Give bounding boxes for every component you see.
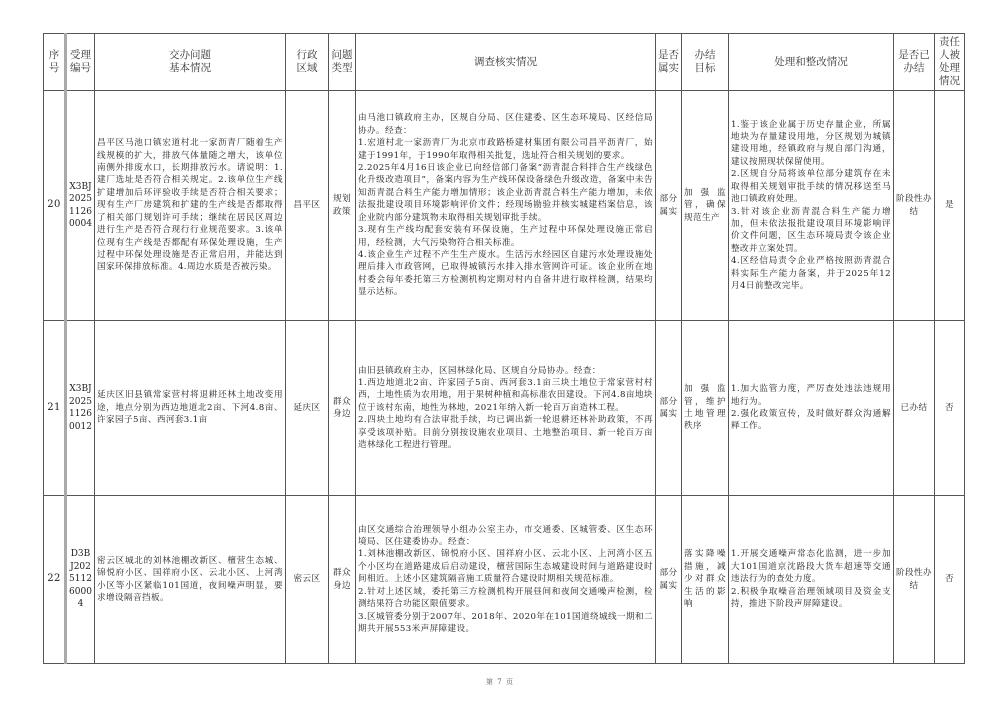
table-header-row: 序 号 受理 编号 交办问题 基本情况 行政 区域 问题 类型 调查核实情况 是… (44, 34, 965, 91)
cell-case-no: X3BJ202511260012 (66, 321, 95, 496)
cell-case-no: X3BJ202511260004 (66, 91, 95, 321)
cell-verified: 部分属实 (656, 91, 682, 321)
cell-case-no: D3BJ202511260004 (66, 496, 95, 664)
header-verified: 是否 属实 (656, 34, 682, 91)
cell-handling: 1.加大监管力度，严厉查处违法违规用地行为。 2.强化政策宣传，及时做好群众沟通… (729, 321, 894, 496)
page-number: 第 7 页 (0, 677, 1000, 687)
header-seq: 序 号 (44, 34, 66, 91)
header-type: 问题 类型 (329, 34, 356, 91)
cell-goal: 加强监管，维护土地管理秩序 (682, 321, 729, 496)
cell-type: 群众身边 (329, 321, 356, 496)
header-closed: 是否已 办结 (894, 34, 935, 91)
cell-type: 规划政策 (329, 91, 356, 321)
cell-investigation: 由马池口镇政府主办，区规自分局、区住建委、区生态环境局、区经信局协办。经查： 1… (356, 91, 656, 321)
cell-investigation: 由区交通综合治理领导小组办公室主办，市交通委、区城管委、区生态环境局、区住建委协… (356, 496, 656, 664)
cell-issue: 延庆区旧县镇常家营村将退耕还林土地改变用途，地点分别为西边地道北2亩、下河4.8… (95, 321, 286, 496)
cell-seq: 21 (44, 321, 66, 496)
header-handling: 处理和整改情况 (729, 34, 894, 91)
cell-seq: 22 (44, 496, 66, 664)
cell-handling: 1.鉴于该企业属于历史存量企业，所属地块为存量建设用地，分区规划为城镇建设用地，… (729, 91, 894, 321)
cell-accountability: 否 (935, 321, 965, 496)
cell-handling: 1.开展交通噪声常态化监测，进一步加大101国道京沈路段大货车超速等交通违法行为… (729, 496, 894, 664)
header-investigation: 调查核实情况 (356, 34, 656, 91)
cell-closed: 阶段性办结 (894, 496, 935, 664)
table-row: 20 X3BJ202511260004 昌平区马池口镇宏道村北一家沥青厂随着生产… (44, 91, 965, 321)
table-row: 21 X3BJ202511260012 延庆区旧县镇常家营村将退耕还林土地改变用… (44, 321, 965, 496)
cell-investigation: 由旧县镇政府主办，区园林绿化局、区规自分局协办。经查： 1.西边地道北2亩、许家… (356, 321, 656, 496)
cell-seq: 20 (44, 91, 66, 321)
header-district: 行政 区域 (286, 34, 329, 91)
header-case-no: 受理 编号 (66, 34, 95, 91)
cell-type: 群众身边 (329, 496, 356, 664)
cell-accountability: 否 (935, 496, 965, 664)
cell-verified: 部分属实 (656, 321, 682, 496)
cell-accountability: 是 (935, 91, 965, 321)
cell-district: 密云区 (286, 496, 329, 664)
cell-district: 延庆区 (286, 321, 329, 496)
cell-closed: 阶段性办结 (894, 91, 935, 321)
table-row: 22 D3BJ202511260004 密云区城北的刘林池棚改新区、檀营生态城、… (44, 496, 965, 664)
cell-issue: 昌平区马池口镇宏道村北一家沥青厂随着生产线规模的扩大，排放气体量随之增大，该单位… (95, 91, 286, 321)
cell-goal: 落实降噪措施，减少对群众生活的影响 (682, 496, 729, 664)
header-issue: 交办问题 基本情况 (95, 34, 286, 91)
cell-issue: 密云区城北的刘林池棚改新区、檀营生态城、锦悦府小区、国祥府小区、云北小区、上河湾… (95, 496, 286, 664)
header-goal: 办结 目标 (682, 34, 729, 91)
cell-district: 昌平区 (286, 91, 329, 321)
cell-verified: 部分属实 (656, 496, 682, 664)
cell-goal: 加强监管，确保规范生产 (682, 91, 729, 321)
document-page: 序 号 受理 编号 交办问题 基本情况 行政 区域 问题 类型 调查核实情况 是… (0, 0, 1000, 707)
cell-closed: 已办结 (894, 321, 935, 496)
header-accountability: 责任 人被 处理 情况 (935, 34, 965, 91)
complaint-table: 序 号 受理 编号 交办问题 基本情况 行政 区域 问题 类型 调查核实情况 是… (43, 33, 965, 664)
